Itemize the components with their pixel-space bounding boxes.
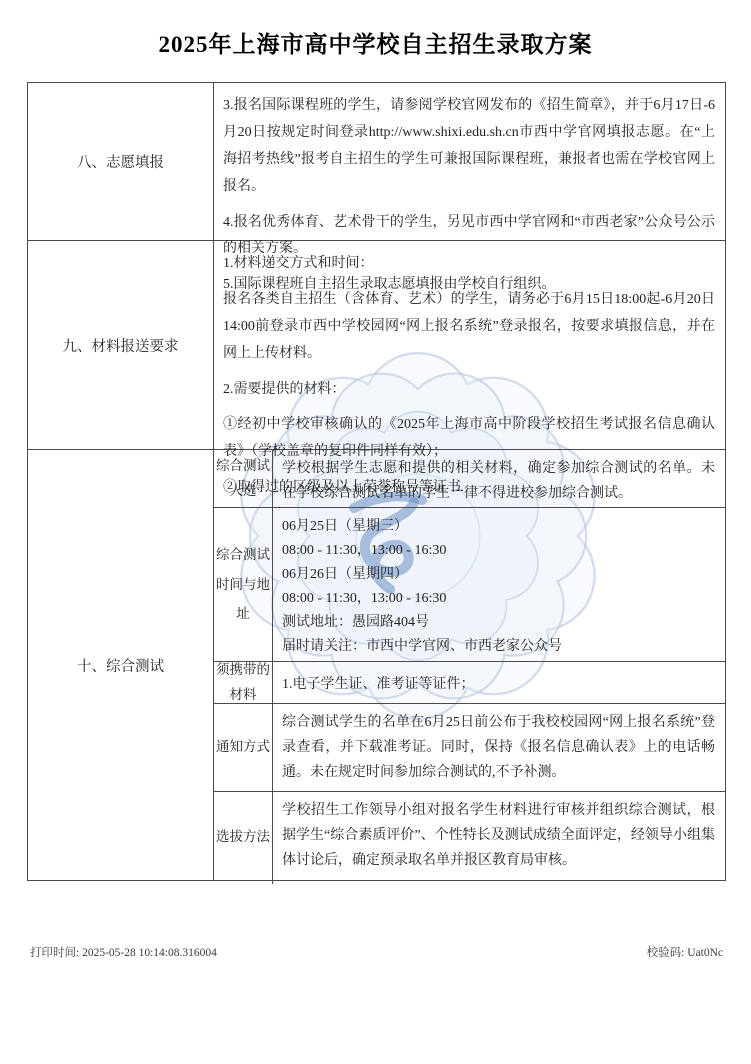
page-title: 2025年上海市高中学校自主招生录取方案 [0,26,751,59]
subrow-notification-method: 通知方式 综合测试学生的名单在6月25日前公布于我校校园网“网上报名系统”登录查… [214,704,725,792]
admission-table: 八、志愿填报 3.报名国际课程班的学生，请参阅学校官网发布的《招生简章》，并于6… [27,82,726,881]
verification-code: 校验码: Uat0Nc [647,944,723,960]
cell-paragraph: 学校根据学生志愿和提供的相关材料，确定参加综合测试的名单。未在学校综合测试名单的… [282,457,715,507]
table-row-comprehensive-test: 十、综合测试 综合测试人选 学校根据学生志愿和提供的相关材料，确定参加综合测试的… [28,450,725,880]
cell-paragraph: 报名各类自主招生（含体育、艺术）的学生，请务必于6月15日18:00起-6月20… [223,287,715,368]
subrow-label: 综合测试人选 [214,450,273,507]
cell-paragraph: 06月26日（星期四） [282,563,715,587]
row-label: 十、综合测试 [28,450,214,880]
row-content: 1.材料递交方式和时间： 报名各类自主招生（含体育、艺术）的学生，请务必于6月1… [214,241,725,449]
cell-paragraph: 3.报名国际课程班的学生，请参阅学校官网发布的《招生简章》，并于6月17日-6月… [223,93,715,201]
subrow-content: 综合测试学生的名单在6月25日前公布于我校校园网“网上报名系统”登录查看，并下载… [273,704,725,791]
cell-paragraph: 08:00 - 11:30，13:00 - 16:30 [282,587,715,611]
table-row-material-submission: 九、材料报送要求 1.材料递交方式和时间： 报名各类自主招生（含体育、艺术）的学… [28,241,725,450]
row-content: 3.报名国际课程班的学生，请参阅学校官网发布的《招生简章》，并于6月17日-6月… [214,83,725,240]
subrow-required-materials: 须携带的材料 1.电子学生证、准考证等证件； [214,662,725,704]
subrow-content: 06月25日（星期三） 08:00 - 11:30，13:00 - 16:30 … [273,508,725,661]
cell-paragraph: 06月25日（星期三） [282,515,715,539]
cell-paragraph: 届时请关注：市西中学官网、市西老家公众号 [282,635,715,659]
subrow-label: 须携带的材料 [214,662,273,703]
subrow-label: 综合测试时间与地址 [214,508,273,661]
cell-paragraph: 学校招生工作领导小组对报名学生材料进行审核并组织综合测试，根据学生“综合素质评价… [282,799,715,874]
cell-paragraph: 1.电子学生证、准考证等证件； [282,673,475,698]
cell-paragraph: 综合测试学生的名单在6月25日前公布于我校校园网“网上报名系统”登录查看，并下载… [282,711,715,786]
sub-rows: 综合测试人选 学校根据学生志愿和提供的相关材料，确定参加综合测试的名单。未在学校… [214,450,725,880]
cell-paragraph: 测试地址：愚园路404号 [282,611,715,635]
subrow-selection-method: 选拔方法 学校招生工作领导小组对报名学生材料进行审核并组织综合测试，根据学生“综… [214,792,725,884]
subrow-content: 学校招生工作领导小组对报名学生材料进行审核并组织综合测试，根据学生“综合素质评价… [273,792,725,884]
cell-paragraph: 2.需要提供的材料： [223,377,715,404]
subrow-test-candidates: 综合测试人选 学校根据学生志愿和提供的相关材料，确定参加综合测试的名单。未在学校… [214,450,725,508]
subrow-content: 1.电子学生证、准考证等证件； [273,662,725,703]
cell-paragraph: 08:00 - 11:30，13:00 - 16:30 [282,539,715,563]
subrow-label: 通知方式 [214,704,273,791]
row-label: 八、志愿填报 [28,83,214,240]
row-label: 九、材料报送要求 [28,241,214,449]
subrow-label: 选拔方法 [214,792,273,884]
print-time: 打印时间: 2025-05-28 10:14:08.316004 [30,944,217,960]
subrow-content: 学校根据学生志愿和提供的相关材料，确定参加综合测试的名单。未在学校综合测试名单的… [273,450,725,507]
subrow-test-time-location: 综合测试时间与地址 06月25日（星期三） 08:00 - 11:30，13:0… [214,508,725,662]
cell-paragraph: 1.材料递交方式和时间： [223,251,715,278]
table-row-volunteer-filling: 八、志愿填报 3.报名国际课程班的学生，请参阅学校官网发布的《招生简章》，并于6… [28,83,725,241]
